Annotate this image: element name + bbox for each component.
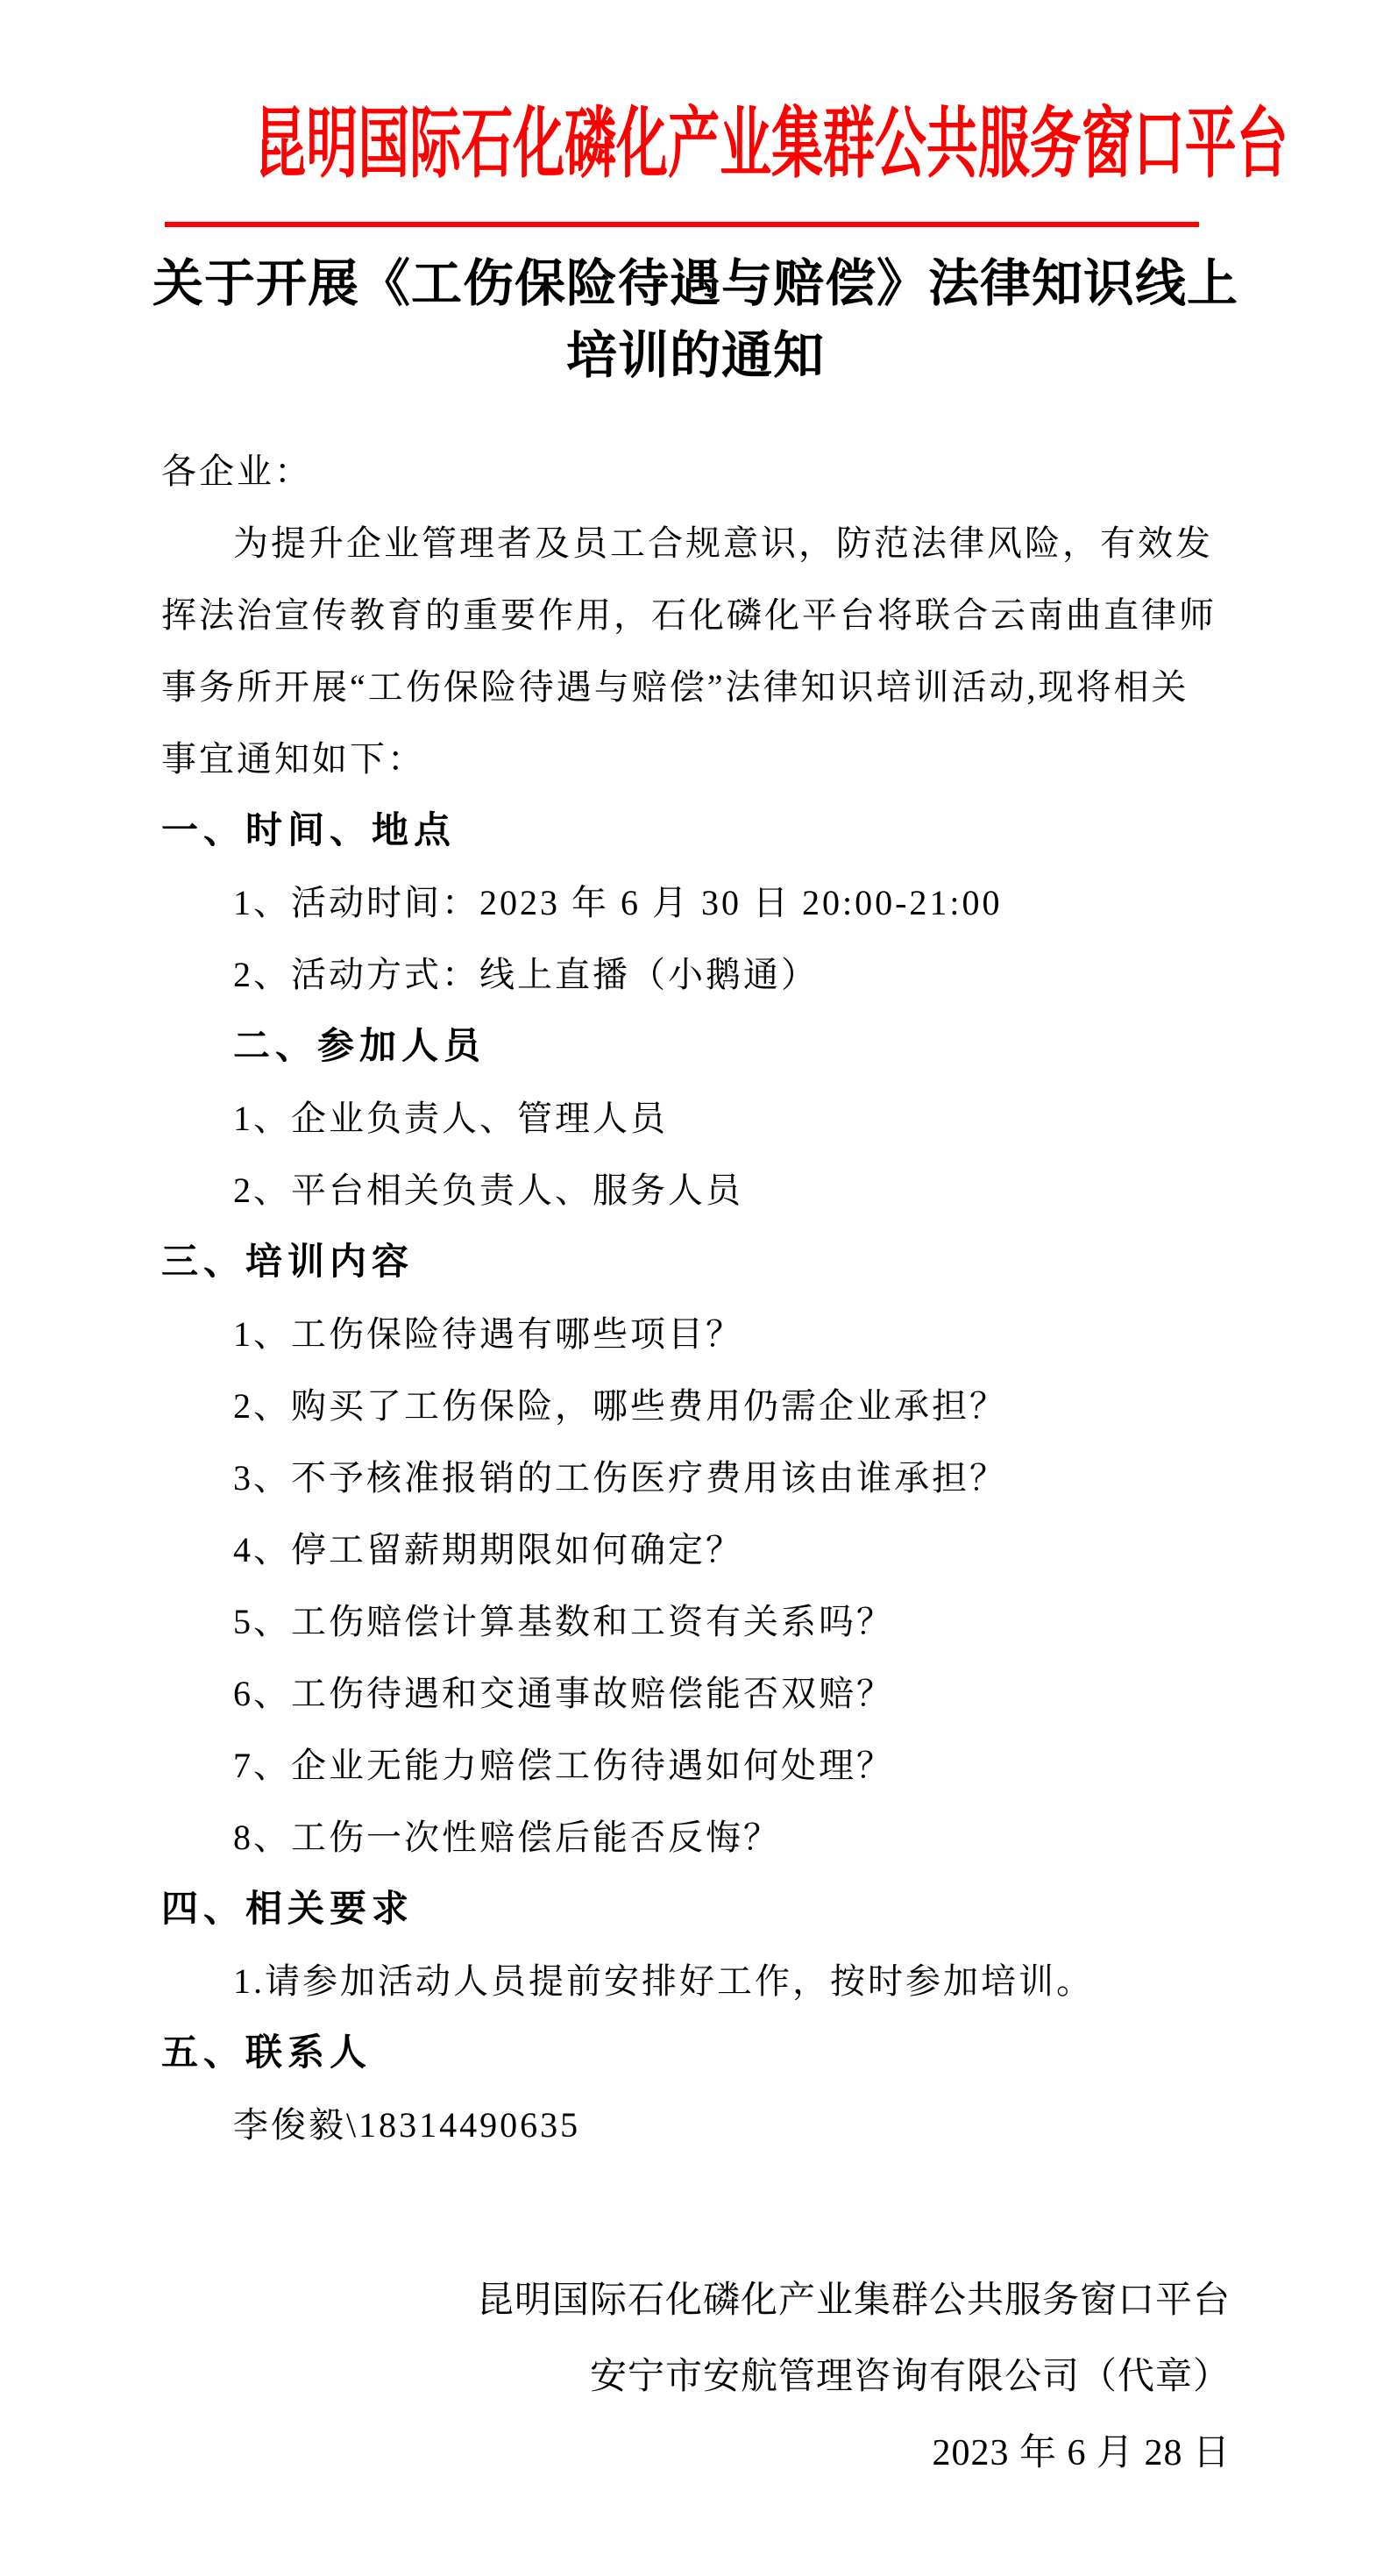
body-line: 为提升企业管理者及员工合规意识，防范法律风险，有效发 [161,508,1231,580]
contact-line: 李俊毅\18314490635 [161,2089,1231,2161]
notice-title: 关于开展《工伤保险待遇与赔偿》法律知识线上 培训的通知 [0,248,1391,392]
list-item: 7、企业无能力赔偿工伤待遇如何处理？ [161,1730,1231,1802]
list-item: 1、工伤保险待遇有哪些项目？ [161,1299,1231,1370]
section-heading-4: 四、相关要求 [161,1874,1231,1946]
body-line: 事宜通知如下： [161,723,1231,795]
platform-banner-title: 昆明国际石化磷化产业集群公共服务窗口平台 [254,98,1288,189]
list-item: 1、企业负责人、管理人员 [161,1083,1231,1155]
list-item: 1.请参加活动人员提前安排好工作，按时参加培训。 [161,1946,1231,2017]
footer-org-line2: 安宁市安航管理咨询有限公司（代章） [161,2339,1231,2416]
list-item: 2、平台相关负责人、服务人员 [161,1155,1231,1227]
list-item: 6、工伤待遇和交通事故赔偿能否双赔？ [161,1658,1231,1730]
section-heading-1: 一、时间、地点 [161,795,1231,867]
list-item: 2、活动方式：线上直播（小鹅通） [161,939,1231,1011]
list-item: 2、购买了工伤保险，哪些费用仍需企业承担？ [161,1370,1231,1442]
section-heading-5: 五、联系人 [161,2017,1231,2089]
section-heading-2: 二、参加人员 [161,1011,1231,1083]
red-divider-line [165,222,1199,227]
section-heading-3: 三、培训内容 [161,1227,1231,1299]
platform-banner: 昆明国际石化磷化产业集群公共服务窗口平台 [0,98,1391,189]
list-item: 1、活动时间：2023 年 6 月 30 日 20:00-21:00 [161,867,1231,939]
list-item: 4、停工留薪期期限如何确定？ [161,1514,1231,1586]
list-item: 5、工伤赔偿计算基数和工资有关系吗？ [161,1586,1231,1658]
notice-title-line2: 培训的通知 [0,320,1391,392]
body-line: 挥法治宣传教育的重要作用，石化磷化平台将联合云南曲直律师 [161,580,1231,651]
footer-date: 2023 年 6 月 28 日 [161,2416,1231,2492]
body-line: 事务所开展“工伤保险待遇与赔偿”法律知识培训活动,现将相关 [161,651,1231,723]
footer-org-line1: 昆明国际石化磷化产业集群公共服务窗口平台 [161,2263,1231,2339]
list-item: 3、不予核准报销的工伤医疗费用该由谁承担？ [161,1442,1231,1514]
document-page: 昆明国际石化磷化产业集群公共服务窗口平台 关于开展《工伤保险待遇与赔偿》法律知识… [0,0,1391,2576]
salutation: 各企业： [161,436,1231,508]
list-item: 8、工伤一次性赔偿后能否反悔？ [161,1802,1231,1874]
notice-body: 各企业： 为提升企业管理者及员工合规意识，防范法律风险，有效发 挥法治宣传教育的… [161,436,1231,2161]
signature-block: 昆明国际石化磷化产业集群公共服务窗口平台 安宁市安航管理咨询有限公司（代章） 2… [161,2263,1231,2492]
notice-title-line1: 关于开展《工伤保险待遇与赔偿》法律知识线上 [0,248,1391,320]
